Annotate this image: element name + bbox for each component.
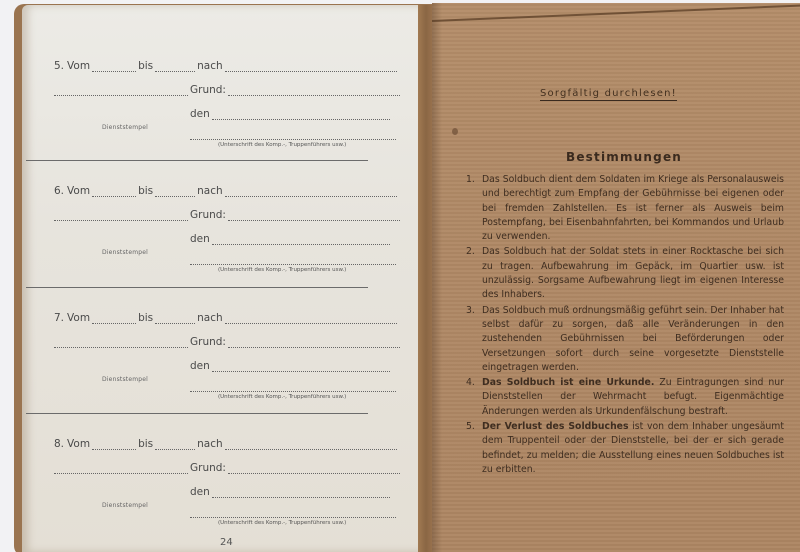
rules-heading: Bestimmungen bbox=[566, 150, 682, 164]
to-label: bis bbox=[138, 185, 153, 197]
stamp-label: Dienststempel bbox=[102, 249, 148, 256]
stamp-label: Dienststempel bbox=[102, 502, 148, 509]
from-label: Vom bbox=[67, 312, 90, 324]
date-label: den bbox=[190, 233, 210, 245]
section-divider bbox=[26, 413, 368, 414]
destination-label: nach bbox=[197, 438, 223, 450]
from-label: Vom bbox=[67, 438, 90, 450]
rule-item: 3.Das Soldbuch muß ordnungsmäßig geführt… bbox=[466, 304, 784, 375]
entry-line-date: den bbox=[190, 484, 392, 498]
reason-field[interactable] bbox=[228, 211, 400, 221]
reason-prefix-field[interactable] bbox=[54, 464, 188, 474]
destination-label: nach bbox=[197, 60, 223, 72]
from-field[interactable] bbox=[92, 187, 136, 197]
signature-caption: (Unterschrift des Komp.-, Truppenführers… bbox=[218, 267, 346, 273]
entry-number: 5. bbox=[54, 60, 64, 72]
from-field[interactable] bbox=[92, 314, 136, 324]
entry-line-period: 6. Vom bis nach bbox=[54, 183, 399, 197]
destination-label: nach bbox=[197, 312, 223, 324]
rule-number: 1. bbox=[466, 173, 475, 187]
reason-field[interactable] bbox=[228, 464, 400, 474]
to-label: bis bbox=[138, 60, 153, 72]
from-field[interactable] bbox=[92, 62, 136, 72]
destination-field[interactable] bbox=[225, 314, 397, 324]
reason-label: Grund: bbox=[190, 84, 226, 96]
reason-prefix-field[interactable] bbox=[54, 211, 188, 221]
from-label: Vom bbox=[67, 185, 90, 197]
entry-number: 8. bbox=[54, 438, 64, 450]
reason-prefix-field[interactable] bbox=[54, 86, 188, 96]
rule-number: 5. bbox=[466, 420, 475, 434]
entry-line-period: 8. Vom bis nach bbox=[54, 436, 399, 450]
signature-caption: (Unterschrift des Komp.-, Truppenführers… bbox=[218, 394, 346, 400]
page-number: 24 bbox=[220, 537, 233, 548]
signature-line bbox=[190, 126, 398, 140]
to-field[interactable] bbox=[155, 62, 195, 72]
entry-number: 7. bbox=[54, 312, 64, 324]
date-field[interactable] bbox=[212, 235, 390, 245]
section-divider bbox=[26, 160, 368, 161]
rule-emphasis: Der Verlust des Soldbuches bbox=[482, 421, 629, 432]
rule-number: 4. bbox=[466, 376, 475, 390]
from-label: Vom bbox=[67, 60, 90, 72]
from-field[interactable] bbox=[92, 440, 136, 450]
stamp-label: Dienststempel bbox=[102, 124, 148, 131]
date-label: den bbox=[190, 486, 210, 498]
to-field[interactable] bbox=[155, 440, 195, 450]
reason-label: Grund: bbox=[190, 209, 226, 221]
entry-line-reason: Grund: bbox=[54, 460, 402, 474]
destination-field[interactable] bbox=[225, 440, 397, 450]
rules-list: 1.Das Soldbuch dient dem Soldaten im Kri… bbox=[466, 173, 784, 478]
reason-label: Grund: bbox=[190, 462, 226, 474]
rule-number: 3. bbox=[466, 304, 475, 318]
rule-item: 2.Das Soldbuch hat der Soldat stets in e… bbox=[466, 245, 784, 302]
entry-line-date: den bbox=[190, 358, 392, 372]
ink-smudge bbox=[452, 128, 458, 135]
to-field[interactable] bbox=[155, 314, 195, 324]
reason-field[interactable] bbox=[228, 338, 400, 348]
entry-line-reason: Grund: bbox=[54, 82, 402, 96]
rule-number: 2. bbox=[466, 245, 475, 259]
date-field[interactable] bbox=[212, 488, 390, 498]
signature-line bbox=[190, 251, 398, 265]
rule-item: 4.Das Soldbuch ist eine Urkunde. Zu Eint… bbox=[466, 376, 784, 419]
to-field[interactable] bbox=[155, 187, 195, 197]
signature-field[interactable] bbox=[190, 130, 396, 140]
entry-line-period: 5. Vom bis nach bbox=[54, 58, 399, 72]
entry-line-reason: Grund: bbox=[54, 207, 402, 221]
stamp-label: Dienststempel bbox=[102, 376, 148, 383]
rule-text: Das Soldbuch dient dem Soldaten im Krieg… bbox=[482, 174, 784, 242]
rule-emphasis: Das Soldbuch ist eine Urkunde. bbox=[482, 377, 654, 388]
date-field[interactable] bbox=[212, 362, 390, 372]
to-label: bis bbox=[138, 312, 153, 324]
entry-line-date: den bbox=[190, 106, 392, 120]
entry-number: 6. bbox=[54, 185, 64, 197]
signature-caption: (Unterschrift des Komp.-, Truppenführers… bbox=[218, 142, 346, 148]
page-shadow bbox=[432, 3, 442, 552]
signature-line bbox=[190, 504, 398, 518]
rule-item: 5.Der Verlust des Soldbuches ist von dem… bbox=[466, 420, 784, 477]
to-label: bis bbox=[138, 438, 153, 450]
rule-item: 1.Das Soldbuch dient dem Soldaten im Kri… bbox=[466, 173, 784, 244]
signature-line bbox=[190, 378, 398, 392]
destination-field[interactable] bbox=[225, 187, 397, 197]
reason-label: Grund: bbox=[190, 336, 226, 348]
date-label: den bbox=[190, 108, 210, 120]
signature-field[interactable] bbox=[190, 255, 396, 265]
destination-label: nach bbox=[197, 185, 223, 197]
rule-text: Das Soldbuch muß ordnungsmäßig geführt s… bbox=[482, 305, 784, 373]
reason-prefix-field[interactable] bbox=[54, 338, 188, 348]
rule-text: Das Soldbuch hat der Soldat stets in ein… bbox=[482, 246, 784, 300]
destination-field[interactable] bbox=[225, 62, 397, 72]
date-label: den bbox=[190, 360, 210, 372]
signature-field[interactable] bbox=[190, 382, 396, 392]
reason-field[interactable] bbox=[228, 86, 400, 96]
entry-line-date: den bbox=[190, 231, 392, 245]
notice-title: Sorgfältig durchlesen! bbox=[540, 88, 677, 101]
entry-line-period: 7. Vom bis nach bbox=[54, 310, 399, 324]
date-field[interactable] bbox=[212, 110, 390, 120]
entry-line-reason: Grund: bbox=[54, 334, 402, 348]
signature-field[interactable] bbox=[190, 508, 396, 518]
section-divider bbox=[26, 287, 368, 288]
signature-caption: (Unterschrift des Komp.-, Truppenführers… bbox=[218, 520, 346, 526]
